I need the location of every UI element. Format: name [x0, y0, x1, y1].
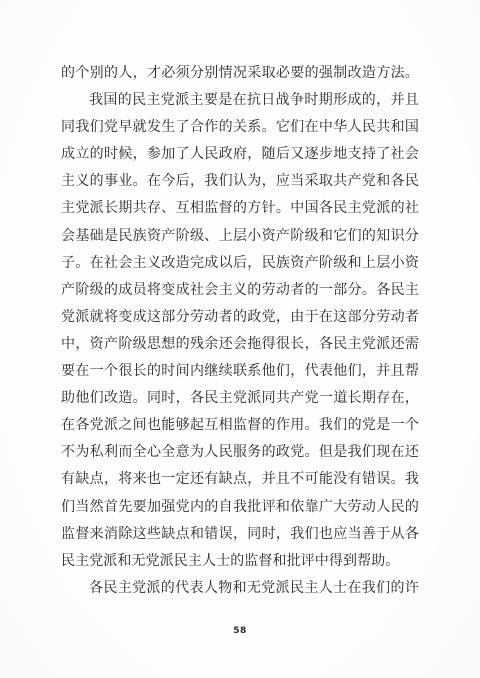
text-line: 有缺点，将来也一定还有缺点，并且不可能没有错误。我	[61, 466, 419, 493]
text-line: 的个别的人，才必须分别情况采取必要的强制改造方法。	[61, 60, 419, 87]
text-line: 要在一个很长的时间内继续联系他们，代表他们，并且帮	[61, 358, 419, 385]
text-line: 不为私利而全心全意为人民服务的政党。但是我们现在还	[61, 439, 419, 466]
text-line: 民主党派和无党派民主人士的监督和批评中得到帮助。	[61, 548, 419, 575]
text-line: 产阶级的成员将变成社会主义的劳动者的一部分。各民主	[61, 277, 419, 304]
text-line: 成立的时候，参加了人民政府，随后又逐步地支持了社会	[61, 141, 419, 168]
text-block: 的个别的人，才必须分别情况采取必要的强制改造方法。我国的民主党派主要是在抗日战争…	[61, 60, 419, 602]
text-line: 会基础是民族资产阶级、上层小资产阶级和它们的知识分	[61, 223, 419, 250]
book-page: 的个别的人，才必须分别情况采取必要的强制改造方法。我国的民主党派主要是在抗日战争…	[0, 0, 480, 678]
text-line: 中，资产阶级思想的残余还会拖得很长，各民主党派还需	[61, 331, 419, 358]
text-line: 党派就将变成这部分劳动者的政党，由于在这部分劳动者	[61, 304, 419, 331]
text-line: 监督来消除这些缺点和错误，同时，我们也应当善于从各	[61, 521, 419, 548]
page-number: 58	[0, 626, 480, 636]
text-line: 我国的民主党派主要是在抗日战争时期形成的，并且	[61, 87, 419, 114]
text-line: 同我们党早就发生了合作的关系。它们在中华人民共和国	[61, 114, 419, 141]
text-line: 助他们改造。同时，各民主党派同共产党一道长期存在，	[61, 385, 419, 412]
text-line: 主义的事业。在今后，我们认为，应当采取共产党和各民	[61, 168, 419, 195]
text-line: 子。在社会主义改造完成以后，民族资产阶级和上层小资	[61, 250, 419, 277]
text-line: 主党派长期共存、互相监督的方针。中国各民主党派的社	[61, 195, 419, 222]
text-line: 们当然首先要加强党内的自我批评和依靠广大劳动人民的	[61, 494, 419, 521]
text-line: 在各党派之间也能够起互相监督的作用。我们的党是一个	[61, 412, 419, 439]
text-line: 各民主党派的代表人物和无党派民主人士在我们的许	[61, 575, 419, 602]
